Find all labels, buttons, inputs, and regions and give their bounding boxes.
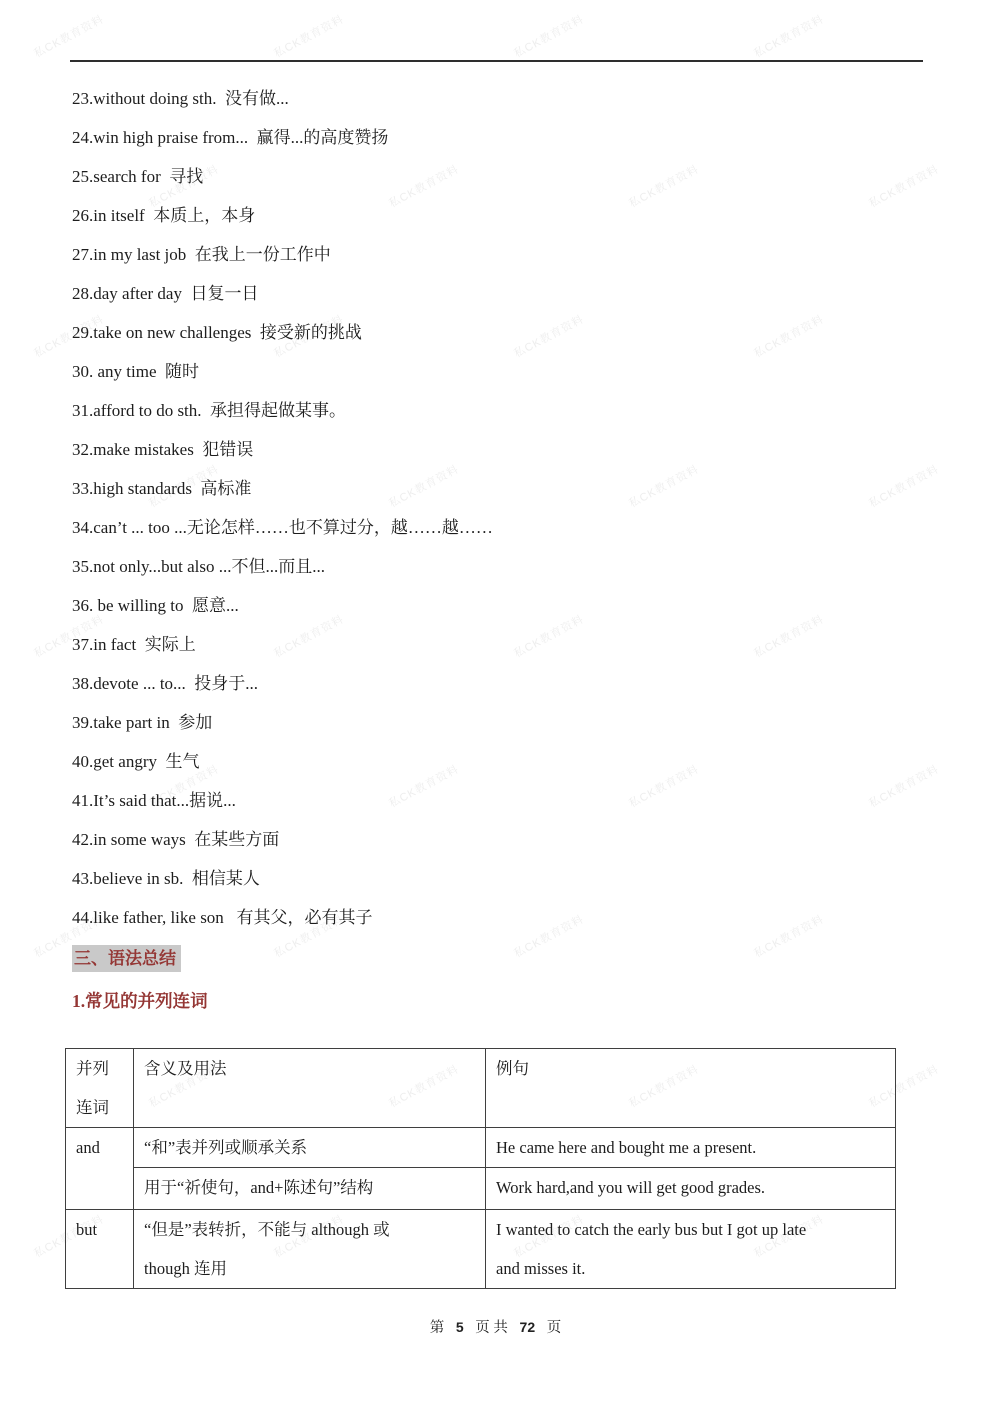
cell-meaning-and-2: 用于“祈使句，and+陈述句”结构 [134,1168,486,1210]
watermark-text: 私CK教育资料 [271,11,347,61]
cell-meaning-and-1: “和”表并列或顺承关系 [134,1128,486,1168]
cell-conjunction-but: but [66,1210,134,1289]
section-subheading: 1.常见的并列连词 [72,987,922,1015]
cell-example-and-2: Work hard,and you will get good grades. [486,1168,896,1210]
cell-conjunction-and: and [66,1128,134,1210]
cell-example-and-1: He came here and bought me a present. [486,1128,896,1168]
phrase-item: 37.in fact 实际上 [72,625,922,664]
phrase-item: 28.day after day 日复一日 [72,274,922,313]
watermark-text: 私CK教育资料 [751,11,827,61]
watermark-text: 私CK教育资料 [31,11,107,61]
cell-meaning-but: “但是”表转折，不能与 although 或 though 连用 [134,1210,486,1289]
table-row-and-1: and “和”表并列或顺承关系 He came here and bought … [66,1128,896,1168]
conjunction-table: 并列 连词 含义及用法 例句 and “和”表并列或顺承关系 He came h… [65,1048,896,1289]
phrase-item: 44.like father, like son 有其父，必有其子 [72,898,922,937]
phrase-item: 31.afford to do sth. 承担得起做某事。 [72,391,922,430]
table-header-row: 并列 连词 含义及用法 例句 [66,1049,896,1128]
header-rule [70,60,923,62]
page-footer: 第 5 页 共 72 页 [0,1316,991,1339]
phrase-item: 39.take part in 参加 [72,703,922,742]
phrase-item: 41.It’s said that...据说... [72,781,922,820]
table-header-conjunction: 并列 连词 [66,1049,134,1128]
phrase-item: 35.not only...but also ...不但...而且... [72,547,922,586]
phrase-item: 34.can’t ... too ...无论怎样……也不算过分，越……越…… [72,508,922,547]
document-page: 私CK教育资料私CK教育资料私CK教育资料私CK教育资料私CK教育资料私CK教育… [0,0,991,1402]
phrase-item: 36. be willing to 愿意... [72,586,922,625]
footer-total-pages: 72 [520,1319,536,1335]
footer-prefix: 第 [430,1320,445,1336]
footer-middle: 页 共 [475,1320,508,1336]
phrase-item: 43.believe in sb. 相信某人 [72,859,922,898]
table-header-example: 例句 [486,1049,896,1128]
page-content: 23.without doing sth. 没有做...24.win high … [72,79,922,1289]
section-heading-row: 三、语法总结 [72,945,922,975]
phrase-item: 29.take on new challenges 接受新的挑战 [72,313,922,352]
phrase-item: 27.in my last job 在我上一份工作中 [72,235,922,274]
section-heading: 三、语法总结 [72,945,181,972]
footer-page-number: 5 [456,1319,464,1335]
phrase-item: 24.win high praise from... 赢得...的高度赞扬 [72,118,922,157]
table-row-but: but “但是”表转折，不能与 although 或 though 连用 I w… [66,1210,896,1289]
phrase-item: 42.in some ways 在某些方面 [72,820,922,859]
phrase-item: 40.get angry 生气 [72,742,922,781]
phrase-item: 26.in itself 本质上，本身 [72,196,922,235]
watermark-text: 私CK教育资料 [511,11,587,61]
table-row-and-2: 用于“祈使句，and+陈述句”结构 Work hard,and you will… [66,1168,896,1210]
phrase-item: 23.without doing sth. 没有做... [72,79,922,118]
table-header-meaning: 含义及用法 [134,1049,486,1128]
phrase-list: 23.without doing sth. 没有做...24.win high … [72,79,922,937]
phrase-item: 30. any time 随时 [72,352,922,391]
phrase-item: 38.devote ... to... 投身于... [72,664,922,703]
cell-example-but: I wanted to catch the early bus but I go… [486,1210,896,1289]
phrase-item: 32.make mistakes 犯错误 [72,430,922,469]
phrase-item: 33.high standards 高标准 [72,469,922,508]
phrase-item: 25.search for 寻找 [72,157,922,196]
footer-suffix: 页 [547,1320,562,1336]
